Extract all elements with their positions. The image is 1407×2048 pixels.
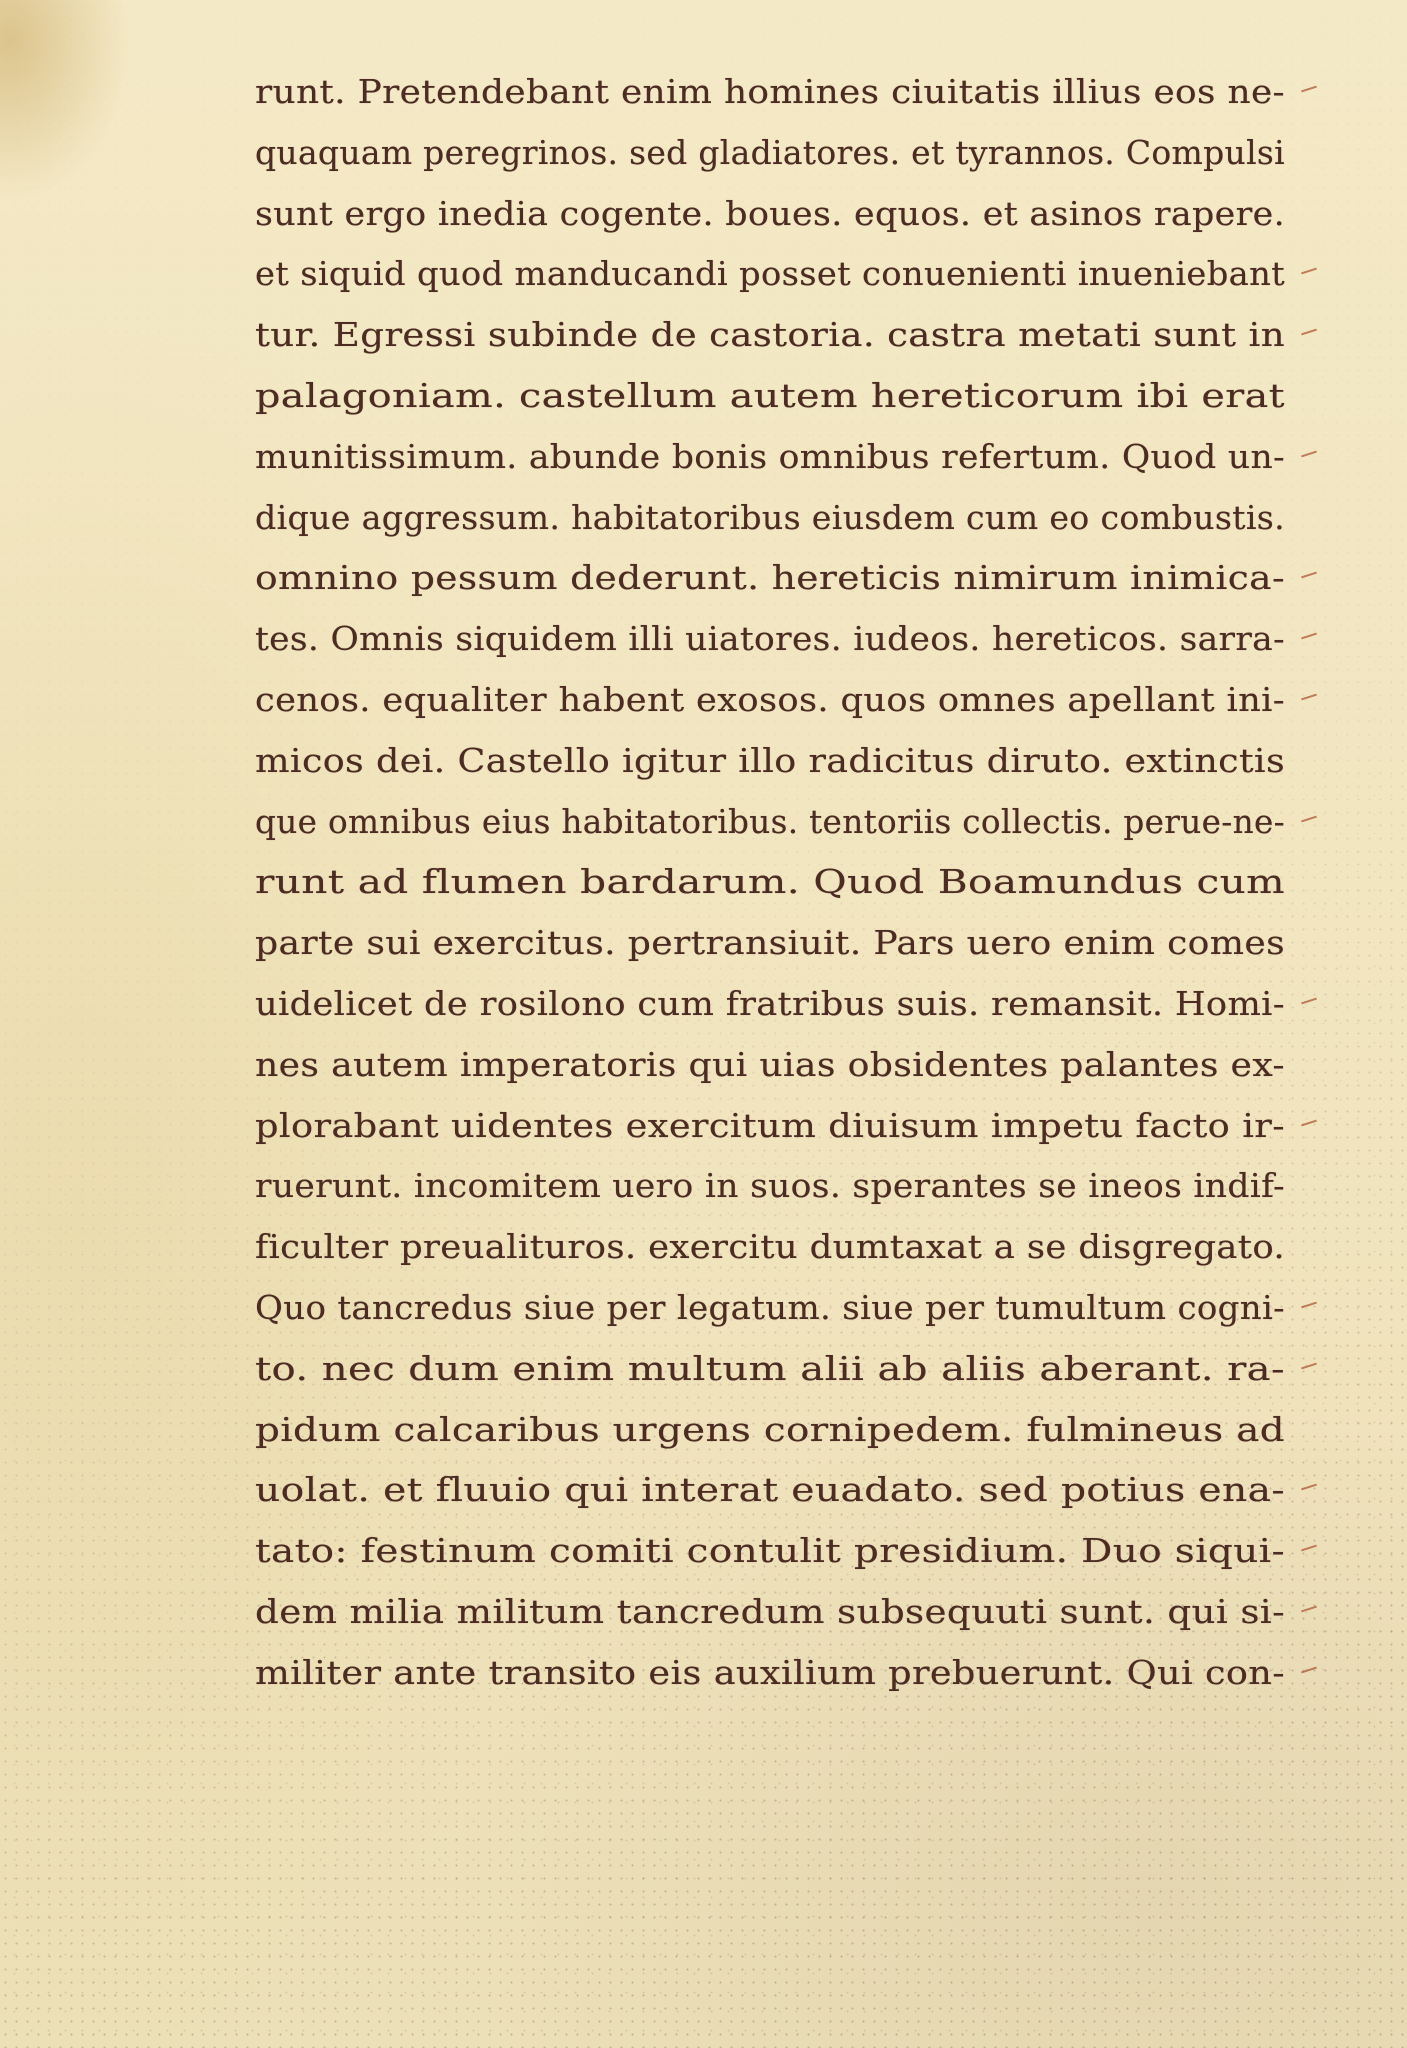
line-text: runt. Pretendebant enim homines ciuitati… (255, 62, 1285, 123)
text-line: omnino pessum dederunt. hereticis nimiru… (255, 548, 1295, 609)
line-text: uolat. et fluuio qui interat euadato. se… (255, 1460, 1285, 1521)
text-line: dem milia militum tancredum subsequuti s… (255, 1582, 1295, 1643)
line-text: dem milia militum tancredum subsequuti s… (255, 1582, 1285, 1643)
line-text: sunt ergo inedia cogente. boues. equos. … (255, 184, 1285, 245)
text-line: runt ad flumen bardarum. Quod Boamundus … (255, 852, 1295, 913)
text-line: dique aggressum. habitatoribus eiusdem c… (255, 488, 1295, 549)
text-line: cenos. equaliter habent exosos. quos omn… (255, 670, 1295, 731)
line-text: que omnibus eius habitatoribus. tentorii… (255, 792, 1285, 853)
margin-mark-icon (1301, 1362, 1317, 1369)
margin-mark-icon (1301, 86, 1317, 93)
text-line: uidelicet de rosilono cum fratribus suis… (255, 974, 1295, 1035)
line-text: dique aggressum. habitatoribus eiusdem c… (255, 488, 1285, 549)
line-text: pidum calcaribus urgens cornipedem. fulm… (255, 1400, 1285, 1461)
text-line: pidum calcaribus urgens cornipedem. fulm… (255, 1400, 1295, 1461)
line-text: plorabant uidentes exercitum diuisum imp… (255, 1096, 1285, 1157)
text-line: quaquam peregrinos. sed gladiatores. et … (255, 123, 1295, 184)
text-line: to. nec dum enim multum alii ab aliis ab… (255, 1339, 1295, 1400)
line-text: nes autem imperatoris qui uias obsidente… (255, 1035, 1285, 1096)
text-line: runt. Pretendebant enim homines ciuitati… (255, 62, 1295, 123)
margin-mark-icon (1301, 329, 1317, 336)
line-text: runt ad flumen bardarum. Quod Boamundus … (255, 852, 1285, 913)
line-text: cenos. equaliter habent exosos. quos omn… (255, 670, 1285, 731)
text-line: munitissimum. abunde bonis omnibus refer… (255, 427, 1295, 488)
text-line: ficulter preualituros. exercitu dumtaxat… (255, 1217, 1295, 1278)
text-line: tes. Omnis siquidem illi uiatores. iudeo… (255, 609, 1295, 670)
text-line: palagoniam. castellum autem hereticorum … (255, 366, 1295, 427)
line-text: munitissimum. abunde bonis omnibus refer… (255, 427, 1285, 488)
text-line: parte sui exercitus. pertransiuit. Pars … (255, 913, 1295, 974)
line-text: ficulter preualituros. exercitu dumtaxat… (255, 1217, 1285, 1278)
margin-mark-icon (1301, 1666, 1317, 1673)
margin-mark-icon (1301, 998, 1317, 1005)
margin-mark-icon (1301, 1545, 1317, 1552)
line-text: uidelicet de rosilono cum fratribus suis… (255, 974, 1285, 1035)
text-line: uolat. et fluuio qui interat euadato. se… (255, 1460, 1295, 1521)
margin-mark-icon (1301, 572, 1317, 579)
text-line: sunt ergo inedia cogente. boues. equos. … (255, 184, 1295, 245)
margin-mark-icon (1301, 694, 1317, 701)
text-line: tato: festinum comiti contulit presidium… (255, 1521, 1295, 1582)
margin-mark-icon (1301, 1605, 1317, 1612)
text-line: que omnibus eius habitatoribus. tentorii… (255, 792, 1295, 853)
text-line: ruerunt. incomitem uero in suos. sperant… (255, 1156, 1295, 1217)
line-text: micos dei. Castello igitur illo radicitu… (255, 731, 1285, 792)
margin-mark-icon (1301, 815, 1317, 822)
line-text: tur. Egressi subinde de castoria. castra… (255, 305, 1285, 366)
line-text: et siquid quod manducandi posset conueni… (255, 244, 1285, 305)
text-line: nes autem imperatoris qui uias obsidente… (255, 1035, 1295, 1096)
line-text: tes. Omnis siquidem illi uiatores. iudeo… (255, 609, 1285, 670)
line-text: Quo tancredus siue per legatum. siue per… (255, 1278, 1285, 1339)
line-text: to. nec dum enim multum alii ab aliis ab… (255, 1339, 1285, 1400)
line-text: parte sui exercitus. pertransiuit. Pars … (255, 913, 1285, 974)
margin-mark-icon (1301, 268, 1317, 275)
margin-mark-icon (1301, 450, 1317, 457)
margin-mark-icon (1301, 1302, 1317, 1309)
text-line: tur. Egressi subinde de castoria. castra… (255, 305, 1295, 366)
line-text: palagoniam. castellum autem hereticorum … (255, 366, 1285, 427)
line-text: tato: festinum comiti contulit presidium… (255, 1521, 1285, 1582)
text-line: militer ante transito eis auxilium prebu… (255, 1643, 1295, 1704)
text-line: et siquid quod manducandi posset conueni… (255, 244, 1295, 305)
text-line: Quo tancredus siue per legatum. siue per… (255, 1278, 1295, 1339)
line-text: omnino pessum dederunt. hereticis nimiru… (255, 548, 1285, 609)
text-line: micos dei. Castello igitur illo radicitu… (255, 731, 1295, 792)
margin-mark-icon (1301, 1119, 1317, 1126)
margin-mark-icon (1301, 633, 1317, 640)
text-line: plorabant uidentes exercitum diuisum imp… (255, 1096, 1295, 1157)
line-text: quaquam peregrinos. sed gladiatores. et … (255, 123, 1285, 184)
line-text: militer ante transito eis auxilium prebu… (255, 1643, 1285, 1704)
line-text: ruerunt. incomitem uero in suos. sperant… (255, 1156, 1285, 1217)
manuscript-text-block: runt. Pretendebant enim homines ciuitati… (255, 62, 1295, 1704)
margin-mark-icon (1301, 1484, 1317, 1491)
